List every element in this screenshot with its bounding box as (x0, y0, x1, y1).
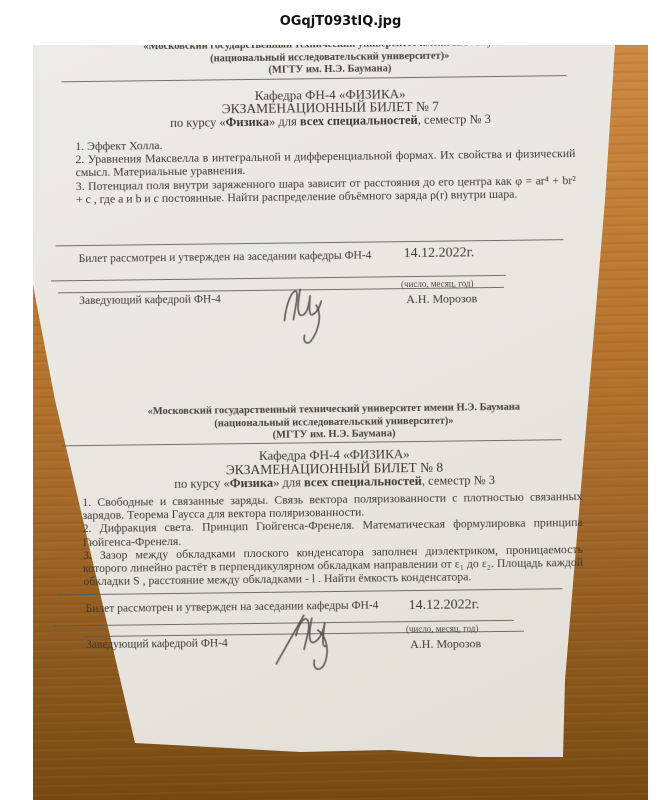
screenshot: OGqjT093tIQ.jpg «Московский государствен… (0, 0, 666, 800)
head-of-department-label: Заведующий кафедрой ФН-4 (79, 293, 221, 307)
ticket-8: «Московский государственный технический … (61, 400, 610, 707)
ticket-7: «Московский государственный технический … (57, 45, 606, 370)
question-3: 3. Потенциал поля внутри заряженного шар… (76, 174, 576, 207)
head-of-department-name: А.Н. Морозов (410, 636, 481, 652)
footer-divider-line (56, 239, 564, 246)
questions-list: 1. Эффект Холла. 2. Уравнения Максвелла … (75, 134, 576, 206)
signature-scribble (272, 275, 353, 346)
approved-label: Билет рассмотрен и утвержден на заседани… (79, 250, 372, 266)
head-of-department-name: А.Н. Морозов (406, 291, 477, 307)
signature-scribble (264, 603, 375, 679)
footer-divider-line (57, 588, 562, 595)
approved-date: 14.12.2022г. (409, 597, 480, 614)
approved-date: 14.12.2022г. (404, 245, 475, 262)
desk-photo: «Московский государственный технический … (33, 45, 648, 800)
questions-list: 1. Свободные и связанные заряды. Связь в… (82, 490, 583, 589)
image-filename-caption: OGqjT093tIQ.jpg (33, 14, 648, 29)
head-of-department-label: Заведующий кафедрой ФН-4 (86, 637, 228, 651)
question-3: 3. Зазор между обкладками плоского конде… (83, 543, 583, 589)
